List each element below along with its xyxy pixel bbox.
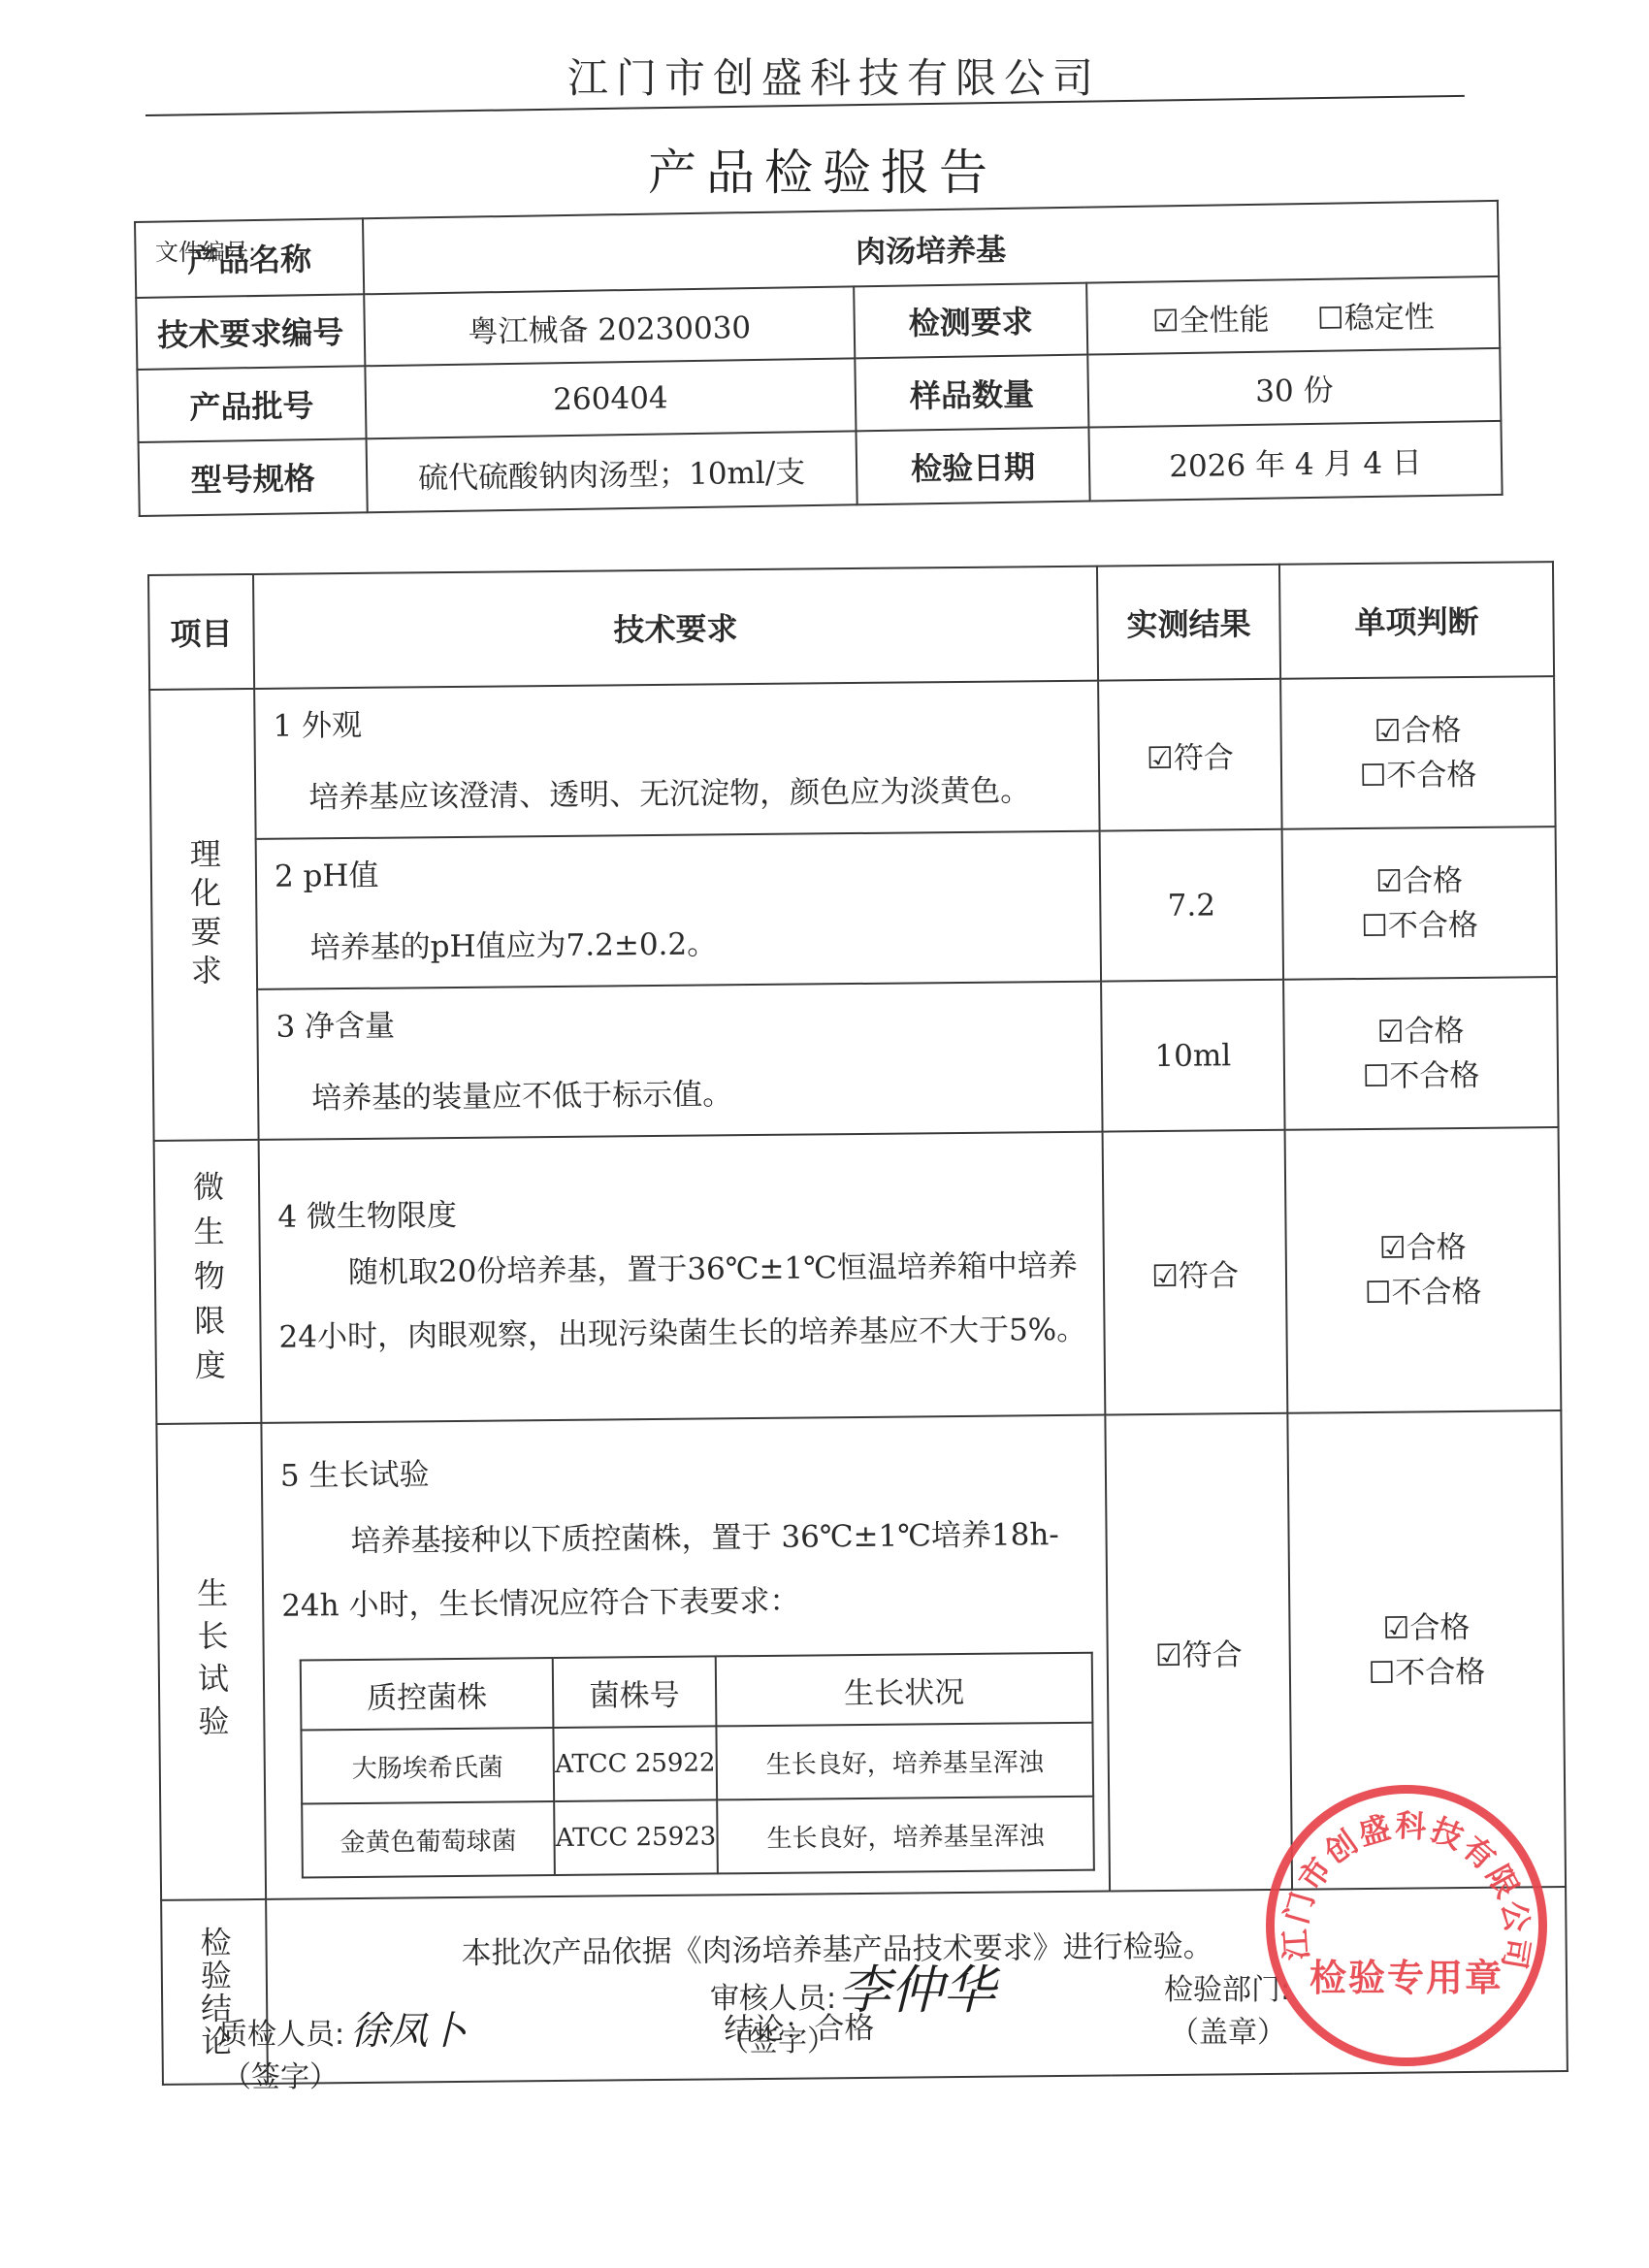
checkbox-stability[interactable]: ☐稳定性 — [1317, 299, 1435, 336]
req-title: 5 生长试验 — [280, 1443, 1091, 1495]
strain-header-code: 菌株号 — [553, 1656, 717, 1728]
group-microbe-label: 微生物限度 — [184, 1170, 231, 1393]
judgement-cell: ☑合格 ☐不合格 — [1280, 676, 1555, 829]
inspector-handwritten-signature: 徐凤卜 — [350, 2009, 467, 2054]
reviewer-handwritten-signature: 李仲华 — [838, 1960, 995, 2021]
unchecked-box-icon: ☐ — [1362, 1058, 1389, 1093]
pass-option[interactable]: ☑合格 — [1287, 1224, 1559, 1272]
info-table: 产品名称 肉汤培养基 技术要求编号 粤江械备 20230030 检测要求 ☑全性… — [134, 200, 1503, 517]
department-stamp-block: 检验部门: （盖章） — [1164, 1969, 1290, 2055]
group-physchem: 理化要求 — [149, 689, 258, 1141]
fail-option[interactable]: ☐不合格 — [1291, 1649, 1563, 1697]
checked-box-icon: ☑ — [1382, 1610, 1409, 1645]
pass-label: 合格 — [1403, 862, 1463, 898]
fail-label: 不合格 — [1386, 757, 1476, 793]
seal-ring-text-icon: 江门市创盛科技有限公司 — [1275, 1794, 1538, 2057]
strain-row: 金黄色葡萄球菌 ATCC 25923 生长良好，培养基呈浑浊 — [302, 1797, 1094, 1878]
model-value: 硫代硫酸钠肉汤型；10ml/支 — [367, 431, 857, 512]
pass-label: 合格 — [1409, 1609, 1470, 1645]
req-growth-test: 5 生长试验 培养基接种以下质控菌株，置于 36℃±1℃培养18h-24h 小时… — [261, 1415, 1110, 1899]
checked-box-icon: ☑ — [1375, 863, 1403, 898]
header-row: 项目 技术要求 实测结果 单项判断 — [148, 562, 1554, 690]
pass-option[interactable]: ☑合格 — [1290, 1604, 1562, 1652]
pass-label: 合格 — [1401, 713, 1461, 749]
strain-name: 金黄色葡萄球菌 — [302, 1801, 555, 1877]
checked-box-icon: ☑ — [1152, 304, 1180, 339]
pass-option[interactable]: ☑合格 — [1283, 858, 1555, 905]
checkbox-full-performance[interactable]: ☑全性能 — [1152, 302, 1270, 339]
sample-qty-label: 样品数量 — [855, 355, 1088, 432]
fail-option[interactable]: ☐不合格 — [1285, 1053, 1557, 1100]
department-sub-label: （盖章） — [1170, 2012, 1290, 2055]
reviewer-signature-block: 审核人员:李仲华 （签字） — [710, 1969, 995, 2063]
table-row: 理化要求 1 外观 培养基应该澄清、透明、无沉淀物，颜色应为淡黄色。 ☑符合 ☑… — [149, 676, 1555, 840]
fail-label: 不合格 — [1391, 1275, 1481, 1311]
unchecked-box-icon: ☐ — [1317, 301, 1344, 336]
strain-code: ATCC 25922 — [553, 1726, 717, 1801]
sample-qty-value: 30 份 — [1087, 348, 1501, 428]
test-date-label: 检验日期 — [856, 428, 1089, 505]
req-title: 3 净含量 — [275, 994, 1086, 1046]
judgement-cell: ☑合格 ☐不合格 — [1283, 977, 1558, 1130]
header-judgement: 单项判断 — [1279, 562, 1554, 679]
result-cell: ☑符合 — [1103, 1130, 1288, 1415]
judgement-cell: ☑合格 ☐不合格 — [1282, 826, 1557, 980]
result-cell: 10ml — [1101, 980, 1284, 1132]
inspector-label: 质检人员: — [218, 2018, 344, 2052]
model-label: 型号规格 — [139, 438, 368, 516]
strain-growth: 生长良好，培养基呈浑浊 — [717, 1797, 1094, 1874]
company-seal-stamp: 江门市创盛科技有限公司 检验专用章 — [1266, 1785, 1547, 2066]
fail-option[interactable]: ☐不合格 — [1282, 752, 1554, 799]
result-cell: ☑符合 — [1098, 679, 1281, 831]
group-growth-label: 生长试验 — [188, 1576, 235, 1747]
product-name-label: 产品名称 — [135, 218, 364, 298]
req-body: 随机取20份培养基，置于36℃±1℃恒温培养箱中培养24小时，肉眼观察，出现污染… — [278, 1233, 1090, 1369]
unchecked-box-icon: ☐ — [1368, 1655, 1395, 1690]
result-value: 符合 — [1181, 1637, 1242, 1673]
judgement-cell: ☑合格 ☐不合格 — [1285, 1127, 1562, 1413]
batch-value: 260404 — [365, 358, 856, 438]
result-cell: ☑符合 — [1105, 1413, 1292, 1892]
checked-box-icon: ☑ — [1151, 1258, 1179, 1293]
inspector-sub-label: （签字） — [222, 2057, 467, 2099]
pass-option[interactable]: ☑合格 — [1284, 1008, 1556, 1055]
test-req-label: 检测要求 — [854, 283, 1087, 359]
info-table-wrapper: 产品名称 肉汤培养基 技术要求编号 粤江械备 20230030 检测要求 ☑全性… — [134, 200, 1503, 517]
unchecked-box-icon: ☐ — [1365, 1276, 1392, 1311]
req-body: 培养基的pH值应为7.2±0.2。 — [275, 915, 1085, 975]
reviewer-label: 审核人员: — [710, 1982, 836, 2016]
group-growth: 生长试验 — [156, 1423, 266, 1900]
strain-table: 质控菌株 菌株号 生长状况 大肠埃希氏菌 ATCC 25922 生长良好，培养基… — [300, 1652, 1095, 1879]
fail-option[interactable]: ☐不合格 — [1287, 1269, 1559, 1316]
department-label: 检验部门: — [1164, 1969, 1290, 2012]
fail-label: 不合格 — [1389, 1057, 1479, 1093]
checked-box-icon: ☑ — [1377, 1014, 1405, 1049]
strain-growth: 生长良好，培养基呈浑浊 — [716, 1723, 1093, 1800]
table-row: 2 pH值 培养基的pH值应为7.2±0.2。 7.2 ☑合格 ☐不合格 — [151, 826, 1557, 990]
pass-option[interactable]: ☑合格 — [1281, 707, 1553, 755]
seal-center-text: 检验专用章 — [1275, 1948, 1538, 2001]
strain-header-row: 质控菌株 菌株号 生长状况 — [301, 1653, 1093, 1731]
checked-box-icon: ☑ — [1379, 1231, 1406, 1266]
unchecked-box-icon: ☐ — [1361, 908, 1388, 943]
unchecked-box-icon: ☐ — [1359, 758, 1386, 793]
table-row: 微生物限度 4 微生物限度 随机取20份培养基，置于36℃±1℃恒温培养箱中培养… — [154, 1127, 1562, 1424]
fail-label: 不合格 — [1388, 907, 1478, 943]
company-name: 江门市创盛科技有限公司 — [567, 47, 1101, 105]
result-value: 10ml — [1154, 1038, 1231, 1074]
req-title: 4 微生物限度 — [277, 1183, 1088, 1235]
tech-req-no-value: 粤江械备 20230030 — [364, 286, 855, 366]
req-appearance: 1 外观 培养基应该澄清、透明、无沉淀物，颜色应为淡黄色。 — [254, 681, 1099, 839]
req-body: 培养基接种以下质控菌株，置于 36℃±1℃培养18h-24h 小时，生长情况应符… — [280, 1503, 1092, 1638]
header-tech-req: 技术要求 — [253, 567, 1098, 689]
result-cell: 7.2 — [1100, 829, 1283, 982]
batch-label: 产品批号 — [137, 366, 366, 442]
strain-name: 大肠埃希氏菌 — [301, 1728, 554, 1803]
result-value: 7.2 — [1167, 888, 1215, 923]
fail-label: 不合格 — [1395, 1654, 1485, 1690]
group-physchem-label: 理化要求 — [181, 837, 228, 992]
req-body: 培养基的装量应不低于标示值。 — [276, 1065, 1087, 1125]
req-net-content: 3 净含量 培养基的装量应不低于标示值。 — [257, 982, 1102, 1140]
group-microbe: 微生物限度 — [154, 1140, 262, 1424]
req-ph: 2 pH值 培养基的pH值应为7.2±0.2。 — [256, 831, 1101, 989]
reviewer-sub-label: （签字） — [720, 2021, 995, 2063]
fail-option[interactable]: ☐不合格 — [1283, 902, 1555, 950]
strain-row: 大肠埃希氏菌 ATCC 25922 生长良好，培养基呈浑浊 — [301, 1723, 1093, 1804]
strain-code: ATCC 25923 — [554, 1799, 718, 1875]
strain-header-strain: 质控菌株 — [301, 1658, 554, 1730]
stability-label: 稳定性 — [1343, 299, 1435, 335]
header-item: 项目 — [148, 574, 254, 690]
checked-box-icon: ☑ — [1374, 713, 1402, 748]
inspector-signature-block: 质检人员:徐凤卜 （签字） — [218, 2010, 467, 2099]
full-performance-label: 全性能 — [1179, 302, 1270, 338]
tech-req-no-label: 技术要求编号 — [136, 294, 365, 370]
test-date-value: 2026 年 4 月 4 日 — [1088, 421, 1502, 502]
req-title: 1 外观 — [273, 694, 1083, 745]
result-value: 符合 — [1174, 740, 1234, 776]
strain-header-growth: 生长状况 — [716, 1653, 1093, 1727]
req-microbial-limit: 4 微生物限度 随机取20份培养基，置于36℃±1℃恒温培养箱中培养24小时，肉… — [259, 1132, 1106, 1423]
pass-label: 合格 — [1404, 1013, 1464, 1049]
test-req-options: ☑全性能 ☐稳定性 — [1086, 276, 1500, 355]
checked-box-icon: ☑ — [1147, 741, 1174, 776]
checked-box-icon: ☑ — [1155, 1638, 1182, 1673]
report-title: 产品检验报告 — [648, 134, 997, 204]
req-title: 2 pH值 — [275, 844, 1085, 895]
pass-label: 合格 — [1406, 1230, 1466, 1266]
table-row: 3 净含量 培养基的装量应不低于标示值。 10ml ☑合格 ☐不合格 — [152, 977, 1558, 1141]
header-result: 实测结果 — [1097, 565, 1280, 681]
req-body: 培养基应该澄清、透明、无沉淀物，颜色应为淡黄色。 — [274, 764, 1084, 825]
result-value: 符合 — [1179, 1258, 1239, 1294]
